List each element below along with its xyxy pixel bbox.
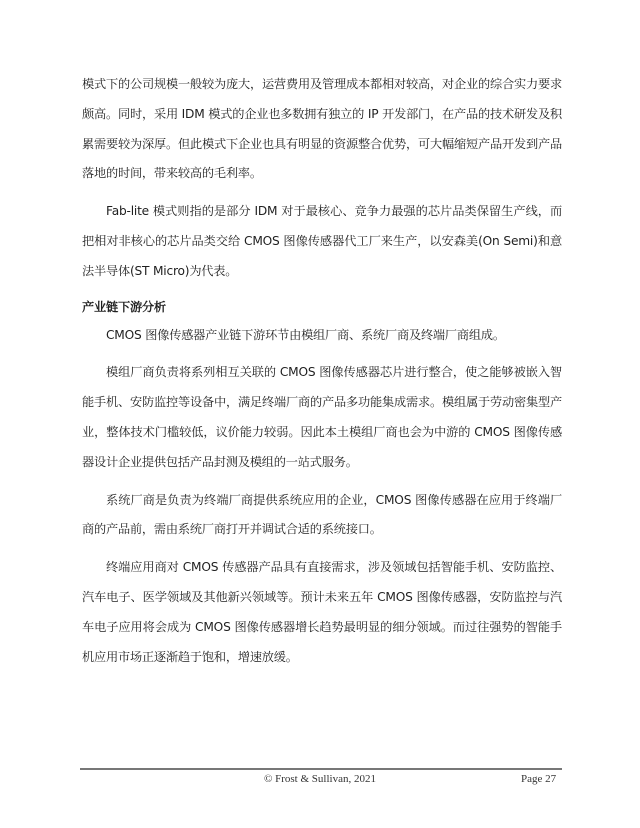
- paragraph-terminal-makers: 终端应用商对 CMOS 传感器产品具有直接需求，涉及领域包括智能手机、安防监控、…: [82, 553, 562, 672]
- page-body: 模式下的公司规模一般较为庞大，运营费用及管理成本都相对较高，对企业的综合实力要求…: [82, 70, 562, 672]
- paragraph-system-makers: 系统厂商是负责为终端厂商提供系统应用的企业，CMOS 图像传感器在应用于终端厂商…: [82, 486, 562, 546]
- footer-divider: [80, 768, 562, 770]
- section-heading: 产业链下游分析: [82, 293, 562, 321]
- document-page: 模式下的公司规模一般较为庞大，运营费用及管理成本都相对较高，对企业的综合实力要求…: [0, 0, 640, 828]
- paragraph-idm-mode: 模式下的公司规模一般较为庞大，运营费用及管理成本都相对较高，对企业的综合实力要求…: [82, 70, 562, 189]
- paragraph-fab-lite: Fab-lite 模式则指的是部分 IDM 对于最核心、竞争力最强的芯片品类保留…: [82, 197, 562, 286]
- page-number: Page 27: [521, 773, 556, 785]
- paragraph-module-makers: 模组厂商负责将系列相互关联的 CMOS 图像传感器芯片进行整合，使之能够被嵌入智…: [82, 358, 562, 477]
- paragraph-downstream-intro: CMOS 图像传感器产业链下游环节由模组厂商、系统厂商及终端厂商组成。: [82, 321, 562, 351]
